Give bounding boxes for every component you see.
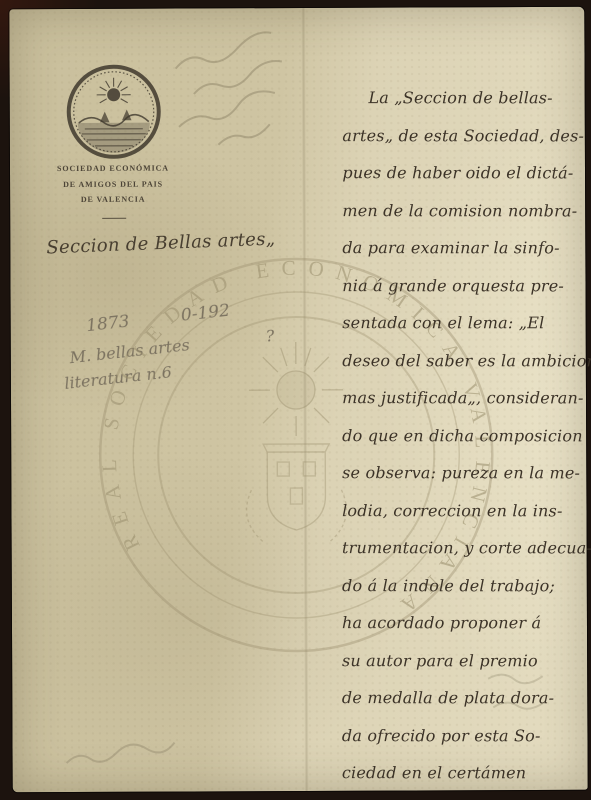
manuscript-line: pues de haber oido el dictá- bbox=[342, 154, 591, 192]
manuscript-line: ha acordado proponer á bbox=[342, 604, 591, 642]
manuscript-line: su autor para el premio bbox=[342, 642, 591, 680]
manuscript-line: de medalla de plata dora- bbox=[342, 679, 591, 717]
watermark-shield-icon bbox=[246, 444, 346, 542]
manuscript-text-column: La „Seccion de bellas-artes„ de esta Soc… bbox=[342, 79, 591, 792]
pencil-annotations: 1873 0-192 M. bellas artes ? literatura … bbox=[57, 294, 296, 393]
manuscript-line: se observa: pureza en la me- bbox=[342, 454, 591, 492]
manuscript-line: lodia, correccion en la ins- bbox=[342, 492, 591, 530]
letterhead-org-line: DE VALENCIA bbox=[42, 192, 184, 208]
manuscript-line: mas justificada„, consideran- bbox=[342, 379, 591, 417]
letterhead-org-line: SOCIEDAD ECONÓMICA bbox=[42, 160, 184, 176]
manuscript-line: da para examinar la sinfo- bbox=[342, 229, 591, 267]
manuscript-line: do que en dicha composicion bbox=[342, 417, 591, 455]
letterhead-org-name: SOCIEDAD ECONÓMICADE AMIGOS DEL PAISDE V… bbox=[42, 160, 184, 207]
sociedad-seal-icon bbox=[65, 63, 163, 161]
pencil-bleedthrough-marks-bottom-left bbox=[58, 736, 188, 779]
manuscript-line: trumentacion, y corte adecua- bbox=[342, 529, 591, 567]
pencil-year: 1873 bbox=[85, 312, 130, 337]
document-page: SOCIEDAD ECONÓMICADE AMIGOS DEL PAISDE V… bbox=[9, 7, 587, 793]
pencil-reference: 0-192 bbox=[180, 301, 231, 326]
scanner-background: { "document": { "kind": "scanned archiva… bbox=[0, 0, 591, 800]
manuscript-line: ciedad en el certámen bbox=[342, 754, 591, 792]
pencil-query-mark: ? bbox=[265, 326, 276, 346]
paper-crease bbox=[301, 8, 308, 791]
letterhead-org-line: DE AMIGOS DEL PAIS bbox=[42, 176, 184, 192]
manuscript-line: La „Seccion de bellas- bbox=[342, 79, 591, 117]
manuscript-line: sentada con el lema: „El bbox=[342, 304, 591, 342]
manuscript-line: do á la indole del trabajo; bbox=[342, 567, 591, 605]
manuscript-line: nia á grande orquesta pre- bbox=[342, 267, 591, 305]
pencil-category: literatura n.6 bbox=[63, 362, 172, 393]
manuscript-line: da ofrecido por esta So- bbox=[342, 717, 591, 755]
ink-bleedthrough-marks-top bbox=[141, 6, 369, 168]
manuscript-line: men de la comision nombra- bbox=[342, 192, 591, 230]
letterhead-rule bbox=[102, 218, 126, 219]
manuscript-line: artes„ de esta Sociedad, des- bbox=[342, 117, 591, 155]
manuscript-line: deseo del saber es la ambicion bbox=[342, 342, 591, 380]
section-heading: Seccion de Bellas artes„ bbox=[46, 228, 297, 259]
